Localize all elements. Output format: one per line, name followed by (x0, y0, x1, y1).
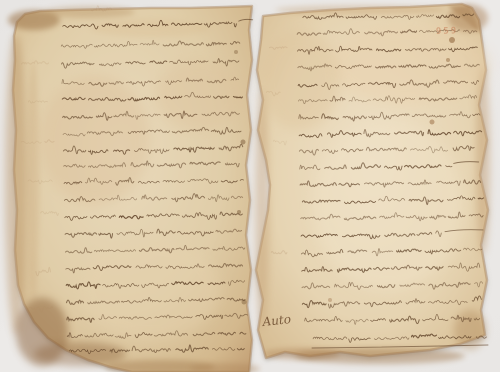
left-page (5, 5, 260, 372)
manuscript-photo: 959 Auto (0, 0, 500, 372)
right-page: 959 Auto (255, 4, 490, 364)
manuscript-scene: 959 Auto (0, 0, 500, 372)
archive-stamp: 959 (436, 26, 459, 37)
